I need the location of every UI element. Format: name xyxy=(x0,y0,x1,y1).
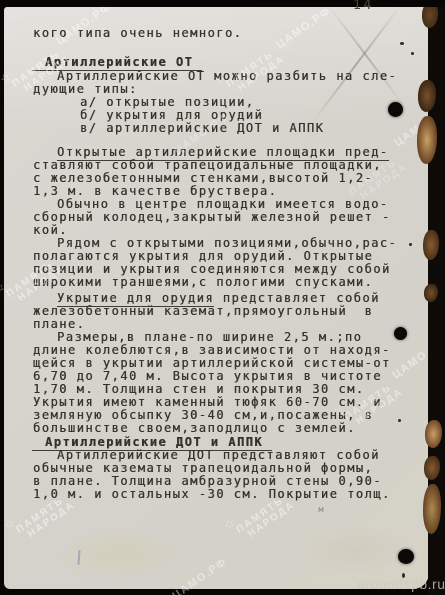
ink-speck xyxy=(398,419,401,422)
paper-stain xyxy=(300,525,410,575)
text-line: 1,0 м. и остальных -30 см. Покрытие толщ… xyxy=(33,488,391,501)
pencil-mark: м xyxy=(318,505,328,511)
section-heading-artillery-ot: Артиллерийские ОТ xyxy=(45,56,202,69)
paper-stain xyxy=(55,530,185,578)
hole-punch xyxy=(398,549,414,564)
hole-punch xyxy=(388,102,403,117)
list-item-v: в/ артиллерийские ДОТ и АППК xyxy=(80,122,324,135)
page-number: 14 xyxy=(353,0,374,13)
document-scan: кого типа очень немного. Артиллерийские … xyxy=(0,0,445,595)
text-line: широкими траншеями,с пологими спусками. xyxy=(33,276,373,289)
text-span: представляет собой xyxy=(214,291,380,305)
ink-speck xyxy=(411,52,414,55)
ink-speck xyxy=(400,42,404,45)
scan-top-edge xyxy=(0,0,445,7)
hole-punch xyxy=(394,327,407,340)
text-line: большинстве своем,заподлицо с землей. xyxy=(33,422,356,435)
watermark-aroundspb: aroundspb.ru xyxy=(357,576,445,592)
text-line: сборный колодец,закрытый железной решет … xyxy=(33,211,391,224)
ink-speck xyxy=(409,243,412,246)
text-line: кого типа очень немного. xyxy=(33,27,242,40)
